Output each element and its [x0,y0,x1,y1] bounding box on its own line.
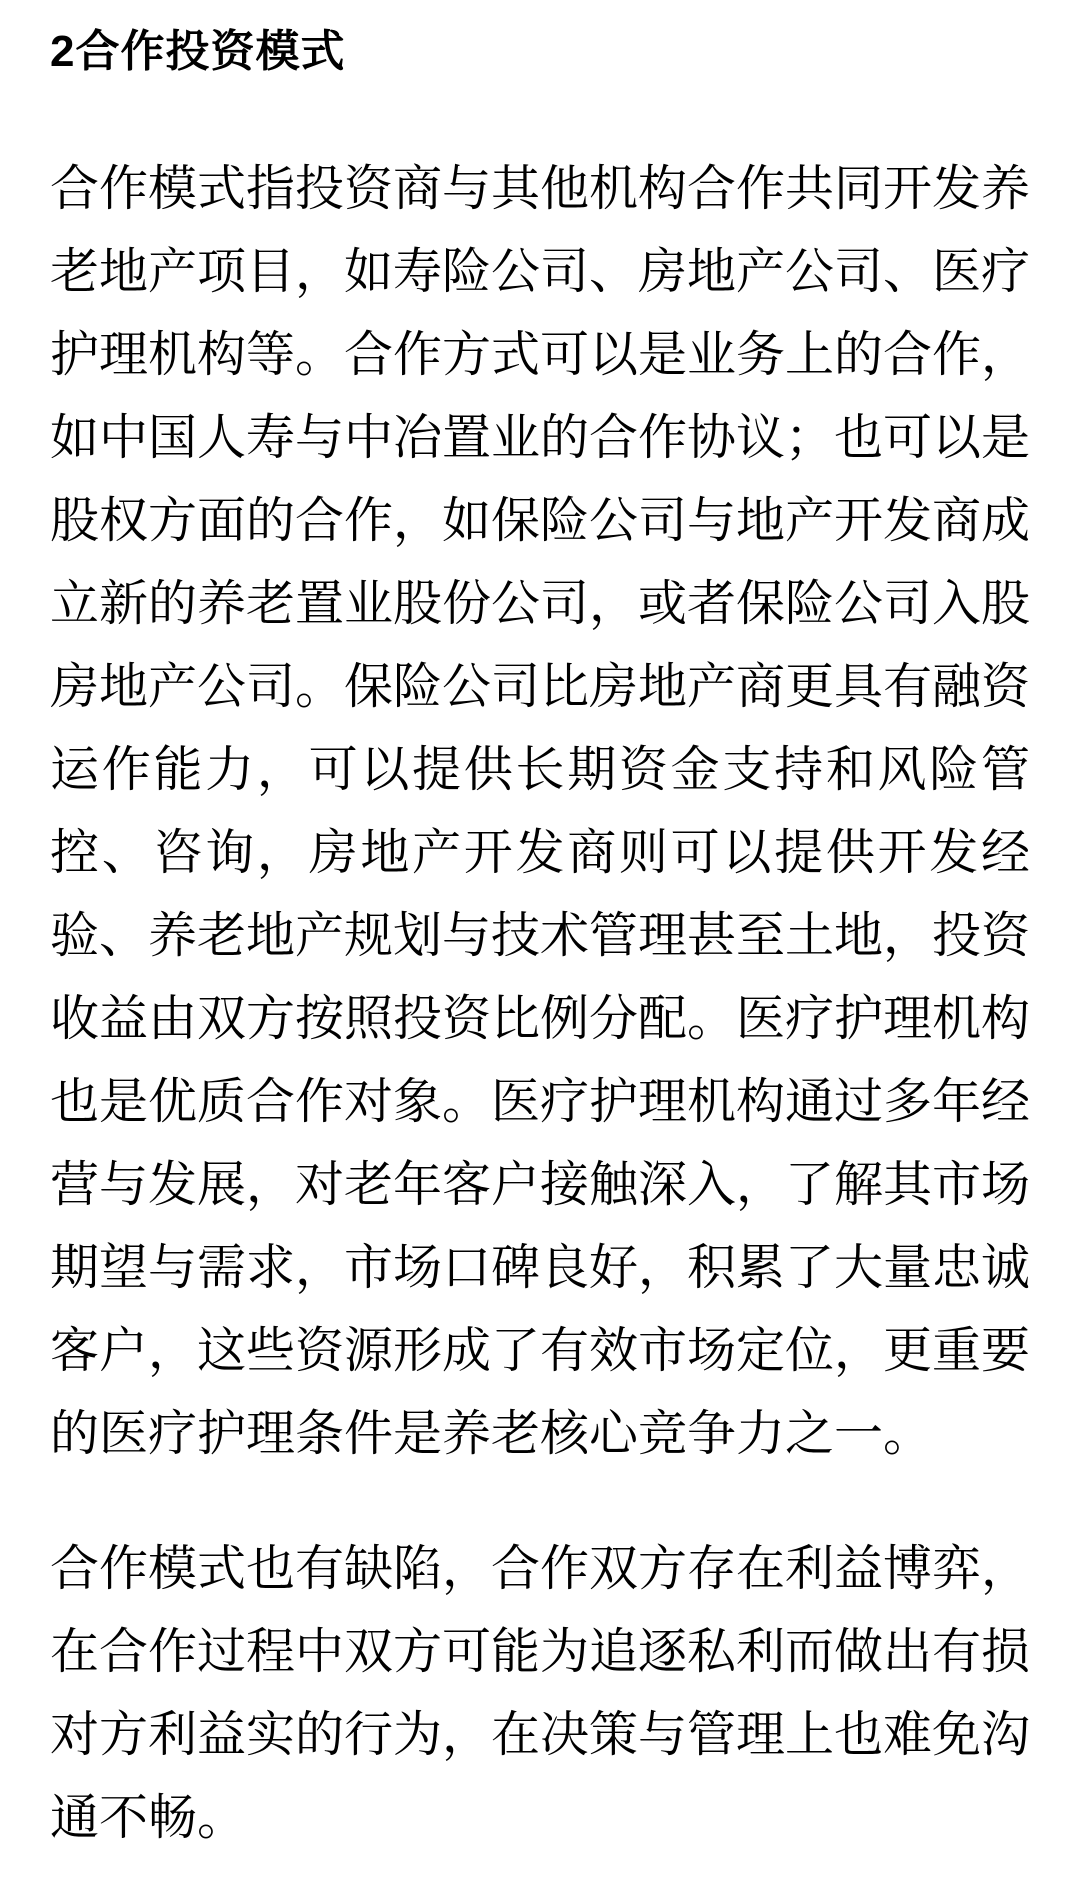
article-page: 2合作投资模式 合作模式指投资商与其他机构合作共同开发养老地产项目，如寿险公司、… [0,0,1080,1898]
section-heading: 2合作投资模式 [50,22,1030,82]
paragraph-cooperation-drawbacks: 合作模式也有缺陷，合作双方存在利益博弈，在合作过程中双方可能为追逐私利而做出有损… [50,1528,1030,1860]
paragraph-cooperation-model: 合作模式指投资商与其他机构合作共同开发养老地产项目，如寿险公司、房地产公司、医疗… [50,148,1030,1476]
